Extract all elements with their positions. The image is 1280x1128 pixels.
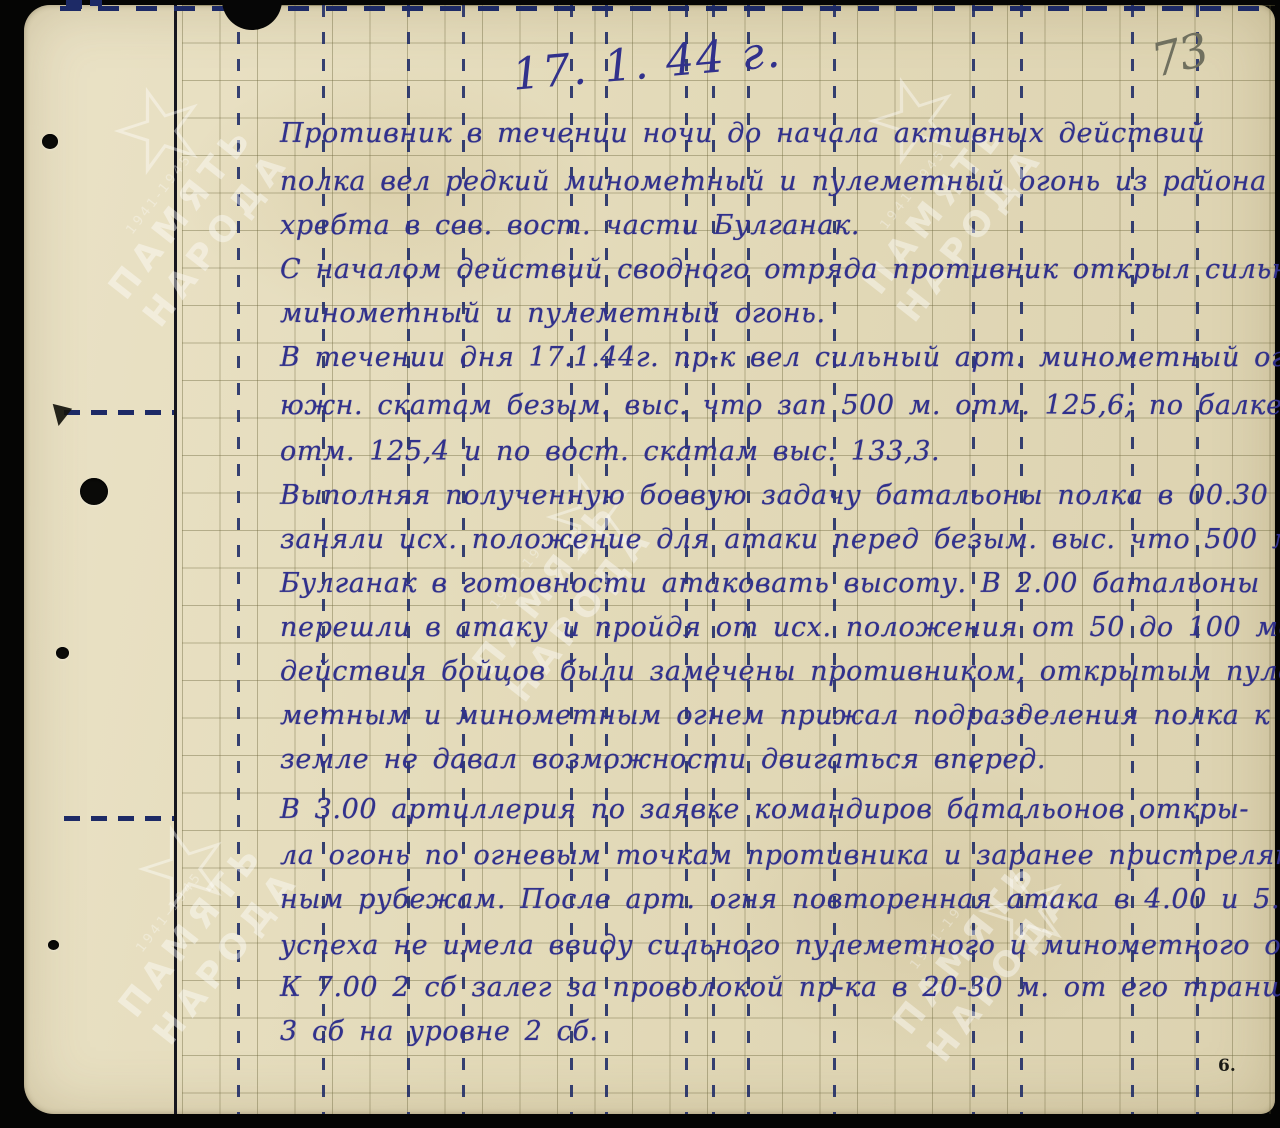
manuscript-line: действия бойцов были замечены противнико… xyxy=(280,656,1280,687)
margin-rule-line xyxy=(174,5,177,1114)
manuscript-line: перешли в атаку и пройдя от исх. положен… xyxy=(280,612,1280,643)
manuscript-line: хребта в сев. вост. части Булганак. xyxy=(280,210,860,241)
manuscript-line: успеха не имела ввиду сильного пулеметно… xyxy=(280,930,1280,961)
manuscript-line: ным рубежам. После арт. огня повторенная… xyxy=(280,884,1280,915)
manuscript-line: заняли исх. положение для атаки перед бе… xyxy=(280,524,1280,555)
manuscript-line: Противник в течении ночи до начала актив… xyxy=(280,118,1205,149)
scanned-journal-page: ☆1941-1945ПАМЯТЬНАРОДА☆1941-1945ПАМЯТЬНА… xyxy=(0,0,1280,1128)
margin-dashed-mark xyxy=(64,816,174,821)
punch-hole xyxy=(80,478,108,505)
punch-hole xyxy=(42,134,58,149)
manuscript-line: В 3.00 артиллерия по заявке командиров б… xyxy=(280,794,1249,825)
manuscript-line: Булганак в готовности атаковать высоту. … xyxy=(280,568,1260,599)
manuscript-line: южн. скатам безым. выс. что зап 500 м. о… xyxy=(280,390,1280,421)
manuscript-line: отм. 125,4 и по вост. скатам выс. 133,3. xyxy=(280,436,940,467)
manuscript-line: К 7.00 2 сб залег за проволокой пр-ка в … xyxy=(280,972,1280,1003)
manuscript-line: метным и минометным огнем прижал подразд… xyxy=(280,700,1270,731)
manuscript-line: В течении дня 17.1.44г. пр-к вел сильный… xyxy=(280,342,1280,373)
manuscript-line: Выполняя полученную боевую задачу баталь… xyxy=(280,480,1280,511)
registration-mark xyxy=(90,0,102,6)
manuscript-line: 3 сб на уровне 2 сб. xyxy=(280,1016,599,1047)
manuscript-line: полка вел редкий минометный и пулеметный… xyxy=(280,166,1267,197)
manuscript-line: земле не давал возможности двигаться впе… xyxy=(280,744,1046,775)
punch-hole xyxy=(48,940,59,950)
punch-hole xyxy=(56,647,69,659)
registration-mark xyxy=(66,0,82,9)
margin-dashed-mark xyxy=(64,410,174,415)
manuscript-line: ла огонь по огневым точкам противника и … xyxy=(280,840,1280,871)
column-dash-rule xyxy=(237,5,240,1114)
manuscript-line: минометный и пулеметный огонь. xyxy=(280,298,826,329)
printed-form-number: 6. xyxy=(1218,1056,1236,1076)
manuscript-line: С началом действий сводного отряда проти… xyxy=(280,254,1280,285)
